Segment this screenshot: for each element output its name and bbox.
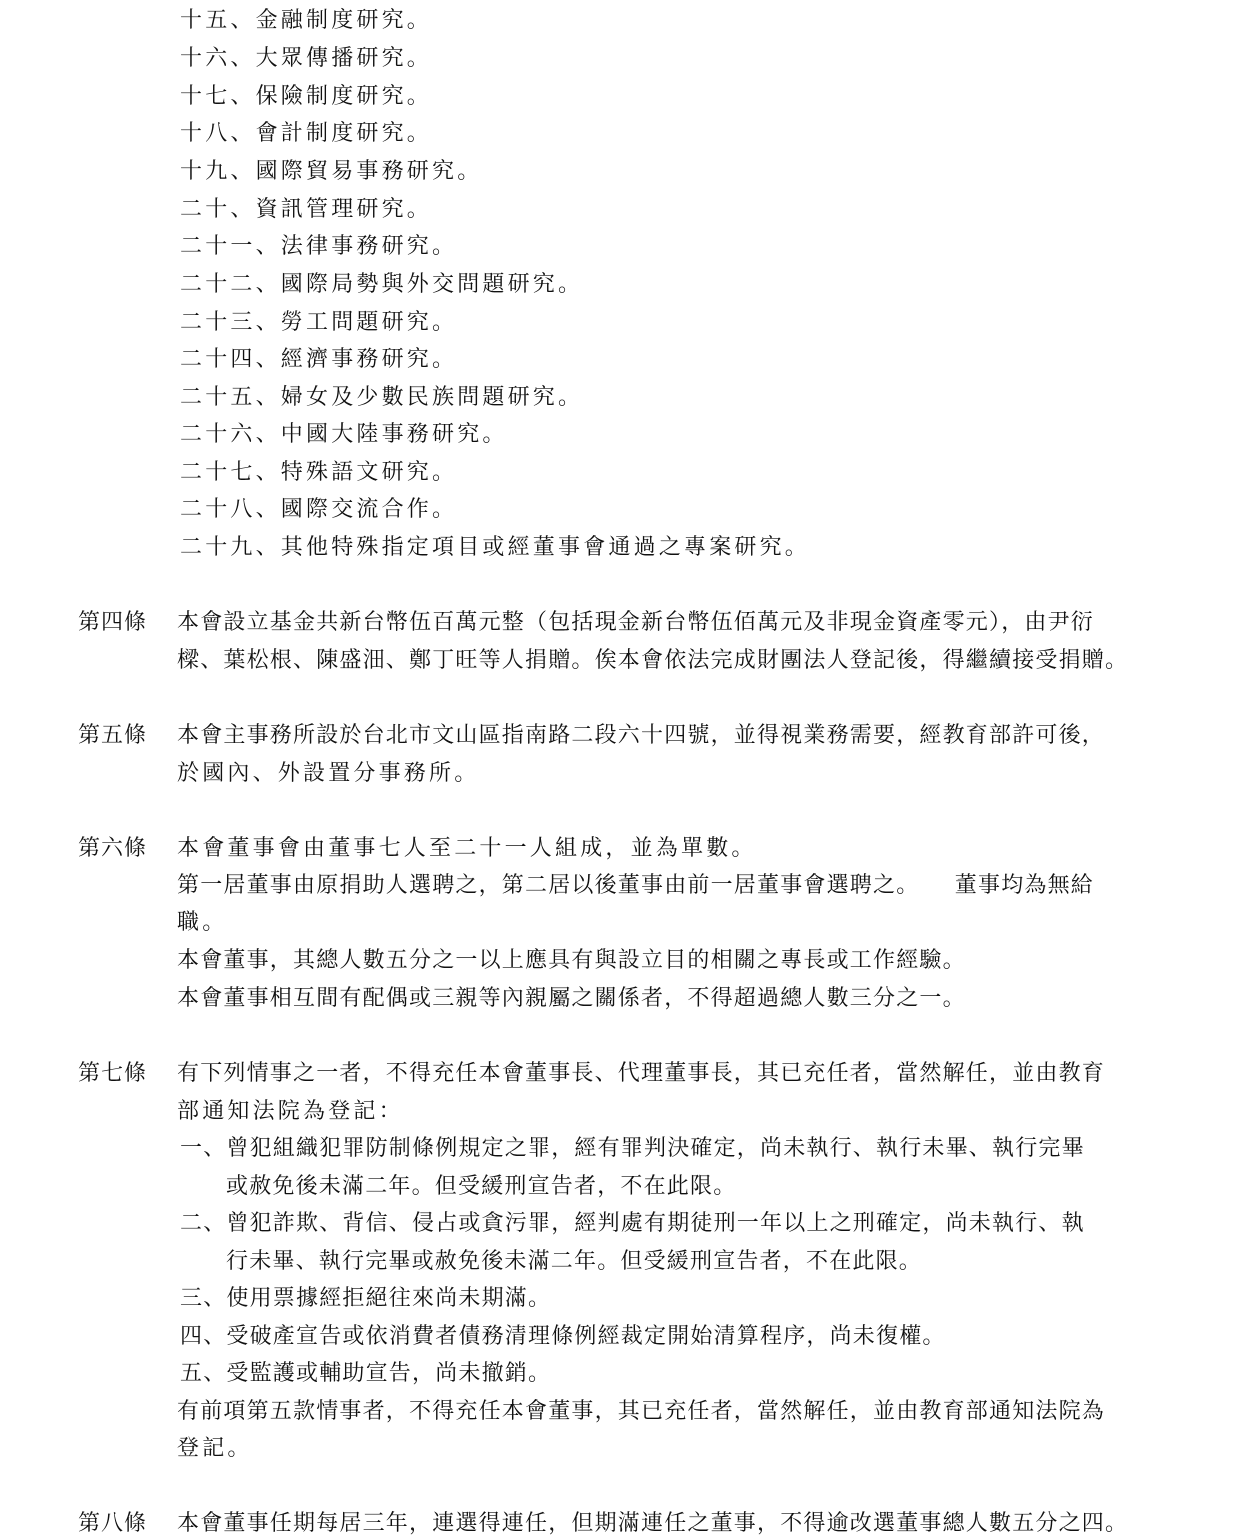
clause-line: 行未畢、執行完畢或赦免後未滿二年。但受緩刑宣告者，不在此限。 (226, 1247, 922, 1277)
article-label: 第五條 (78, 721, 147, 751)
list-item: 二十五、婦女及少數民族問題研究。 (180, 383, 583, 413)
list-item: 十六、大眾傳播研究。 (180, 44, 432, 74)
list-item: 二十四、經濟事務研究。 (180, 345, 457, 375)
article-text-line: 樑、葉松根、陳盛沺、鄭丁旺等人捐贈。俟本會依法完成財團法人登記後，得繼續接受捐贈… (177, 646, 1128, 676)
article-text-line: 於國內、外設置分事務所。 (177, 759, 479, 789)
article-text-line: 有下列情事之一者，不得充任本會董事長、代理董事長，其已充任者，當然解任，並由教育 (177, 1059, 1105, 1089)
article-text-line: 第一居董事由原捐助人選聘之，第二居以後董事由前一居董事會選聘之。 董事均為無給 (177, 871, 1094, 901)
article-text-line: 本會董事相互間有配偶或三親等內親屬之關係者，不得超過總人數三分之一。 (177, 984, 966, 1014)
list-item: 二十、資訊管理研究。 (180, 195, 432, 225)
article-text-line: 部通知法院為登記： (177, 1097, 404, 1127)
article-label: 第七條 (78, 1059, 147, 1089)
document-page: 十五、金融制度研究。 十六、大眾傳播研究。 十七、保險制度研究。 十八、會計制度… (0, 0, 1241, 1538)
clause-line: 四、受破產宣告或依消費者債務清理條例經裁定開始清算程序，尚未復權。 (180, 1322, 946, 1352)
article-text-line: 本會董事會由董事七人至二十一人組成，並為單數。 (177, 834, 757, 864)
clause-line: 一、曾犯組織犯罪防制條例規定之罪，經有罪判決確定，尚未執行、執行未畢、執行完畢 (180, 1134, 1085, 1164)
article-text-line: 本會董事任期每居三年，連選得連任，但期滿連任之董事，不得逾改選董事總人數五分之四… (177, 1509, 1128, 1538)
list-item: 十八、會計制度研究。 (180, 119, 432, 149)
list-item: 二十八、國際交流合作。 (180, 495, 457, 525)
article-text-line: 本會設立基金共新台幣伍百萬元整（包括現金新台幣伍佰萬元及非現金資產零元），由尹衍 (177, 608, 1094, 638)
clause-line: 五、受監護或輔助宣告，尚未撤銷。 (180, 1359, 551, 1389)
list-item: 二十九、其他特殊指定項目或經董事會通過之專案研究。 (180, 533, 810, 563)
article-label: 第六條 (78, 834, 147, 864)
article-text-line: 職。 (177, 908, 227, 938)
list-item: 十九、國際貿易事務研究。 (180, 157, 482, 187)
clause-line: 二、曾犯詐欺、背信、侵占或貪污罪，經判處有期徒刑一年以上之刑確定，尚未執行、執 (180, 1209, 1085, 1239)
article-text-line: 本會主事務所設於台北市文山區指南路二段六十四號，並得視業務需要，經教育部許可後， (177, 721, 1105, 751)
list-item: 二十七、特殊語文研究。 (180, 458, 457, 488)
clause-line: 或赦免後未滿二年。但受緩刑宣告者，不在此限。 (226, 1172, 736, 1202)
article-label: 第八條 (78, 1509, 147, 1538)
article-label: 第四條 (78, 608, 147, 638)
list-item: 二十三、勞工問題研究。 (180, 308, 457, 338)
list-item: 二十一、法律事務研究。 (180, 232, 457, 262)
article-text-line: 登記。 (177, 1434, 253, 1464)
article-text-line: 有前項第五款情事者，不得充任本會董事，其已充任者，當然解任，並由教育部通知法院為 (177, 1397, 1105, 1427)
clause-line: 三、使用票據經拒絕往來尚未期滿。 (180, 1284, 551, 1314)
article-text-line: 本會董事，其總人數五分之一以上應具有與設立目的相關之專長或工作經驗。 (177, 946, 966, 976)
list-item: 十七、保險制度研究。 (180, 82, 432, 112)
list-item: 二十六、中國大陸事務研究。 (180, 420, 508, 450)
list-item: 二十二、國際局勢與外交問題研究。 (180, 270, 583, 300)
list-item: 十五、金融制度研究。 (180, 6, 432, 36)
